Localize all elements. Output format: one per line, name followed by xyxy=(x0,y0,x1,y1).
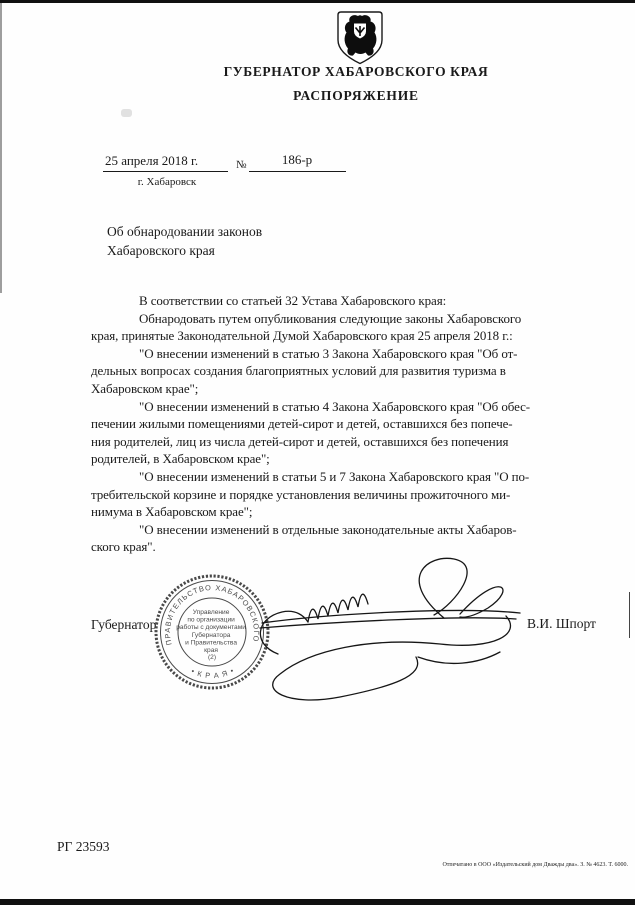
registry-number: РГ 23593 xyxy=(57,839,109,855)
body-paragraph-4: "О внесении изменений в статью 4 Закона … xyxy=(91,398,531,468)
stamp-line-4: Губернатора xyxy=(192,631,231,639)
body-paragraph-3: "О внесении изменений в статью 3 Закона … xyxy=(91,345,531,398)
scan-artifact-right-mark xyxy=(629,592,630,638)
document-body: В соответствии со статьей 32 Устава Хаба… xyxy=(91,292,531,556)
signer-name: В.И. Шпорт xyxy=(527,616,596,632)
svg-text:• К Р А Я •: • К Р А Я • xyxy=(190,666,236,680)
stamp-line-5: и Правительства xyxy=(185,639,237,646)
stamp-line-7: (2) xyxy=(208,654,216,661)
number-value: 186-р xyxy=(249,152,346,172)
number-sign: № xyxy=(236,159,247,172)
stamp-ring-bottom-text: • К Р А Я • xyxy=(190,666,236,680)
body-paragraph-1: В соответствии со статьей 32 Устава Хаба… xyxy=(91,292,531,310)
coat-of-arms-icon xyxy=(337,11,383,65)
body-paragraph-5: "О внесении изменений в статьи 5 и 7 Зак… xyxy=(91,468,531,521)
signature-scrawl xyxy=(248,556,533,714)
stamp-line-1: Управление xyxy=(193,609,230,616)
scan-artifact-bottom-edge xyxy=(0,899,635,905)
scan-artifact-smudge xyxy=(121,109,132,117)
city-label: г. Хабаровск xyxy=(103,176,231,188)
date-value: 25 апреля 2018 г. xyxy=(103,153,228,172)
svg-text:Управление по организаци: Управление по организации работы с докум… xyxy=(176,609,248,661)
stamp-line-6: края xyxy=(204,647,218,654)
printer-note: Отпечатано в ООО «Издательский дом Дважд… xyxy=(360,862,628,868)
body-paragraph-2: Обнародовать путем опубликования следующ… xyxy=(91,310,531,345)
dateline: 25 апреля 2018 г.№186-р xyxy=(103,152,433,172)
scan-artifact-top-edge xyxy=(0,0,635,3)
doc-type-title: РАСПОРЯЖЕНИЕ xyxy=(108,88,604,104)
scan-artifact-left-edge xyxy=(0,3,2,293)
stamp-line-3: работы с документами xyxy=(176,623,246,631)
subject-text: Об обнародовании законов Хабаровского кр… xyxy=(107,222,407,260)
stamp-line-2: по организации xyxy=(187,617,235,624)
body-paragraph-6: "О внесении изменений в отдельные законо… xyxy=(91,521,531,556)
org-title: ГУБЕРНАТОР ХАБАРОВСКОГО КРАЯ xyxy=(108,64,604,80)
document-page: ГУБЕРНАТОР ХАБАРОВСКОГО КРАЯ РАСПОРЯЖЕНИ… xyxy=(0,0,635,905)
